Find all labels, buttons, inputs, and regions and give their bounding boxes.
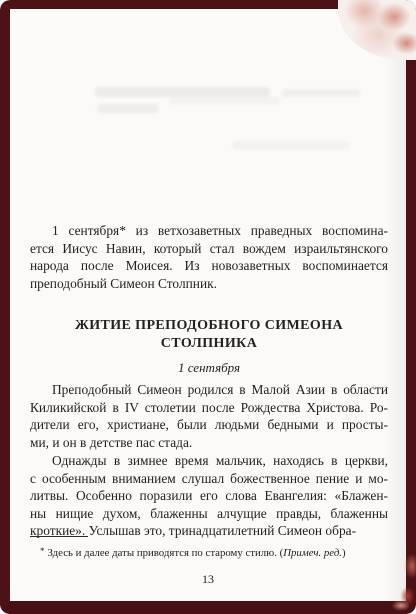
page-number: 13	[0, 572, 416, 587]
intro-paragraph: 1 сентября* из ветхозаветных праведных в…	[30, 222, 388, 292]
chapter-heading: ЖИТИЕ ПРЕПОДОБНОГО СИМЕОНА СТОЛПНИКА	[30, 317, 388, 352]
footnote-text: Здесь и далее даты приводятся по старому…	[48, 547, 284, 559]
chapter-heading-line1: ЖИТИЕ ПРЕПОДОБНОГО СИМЕОНА	[30, 317, 388, 335]
footnote-text-end: )	[342, 547, 346, 559]
body-paragraph: Однажды в зимнее время мальчик, находясь…	[30, 452, 388, 540]
book-page-scan: 1 сентября* из ветхозаветных праведных в…	[0, 0, 416, 614]
footnote-editor-note: Примеч. ред.	[283, 547, 342, 559]
text-line: с особенным вниманием слушал божественно…	[30, 470, 388, 488]
text-line: литвы. Особенно поразили его слова Еванг…	[30, 487, 388, 505]
chapter-heading-line2: СТОЛПНИКА	[30, 335, 388, 353]
text-line: 1 сентября* из ветхозаветных праведных в…	[30, 222, 388, 240]
footnote-marker: *	[40, 546, 45, 556]
text-line: преподобный Симеон Столпник.	[30, 275, 388, 293]
text-line: Однажды в зимнее время мальчик, находясь…	[30, 452, 388, 470]
footnote-separator	[30, 536, 88, 537]
body-paragraph: Преподобный Симеон родился в Малой Азии …	[30, 381, 388, 451]
text-line: ми, и он в детстве пас стада.	[30, 434, 388, 452]
text-line: Преподобный Симеон родился в Малой Азии …	[30, 381, 388, 399]
text-line: народа после Моисея. Из новозаветных вос…	[30, 257, 388, 275]
date-subtitle: 1 сентября	[30, 359, 388, 377]
text-line: ется Иисус Навин, который стал вождем из…	[30, 240, 388, 258]
footnote: *Здесь и далее даты приводятся по старом…	[30, 545, 382, 560]
text-line: ны нищие духом, блаженны алчущие правды,…	[30, 505, 388, 523]
text-line: дители его, христиане, были людьми бедны…	[30, 416, 388, 434]
text-line: Киликийской в IV столетии после Рождеств…	[30, 399, 388, 417]
